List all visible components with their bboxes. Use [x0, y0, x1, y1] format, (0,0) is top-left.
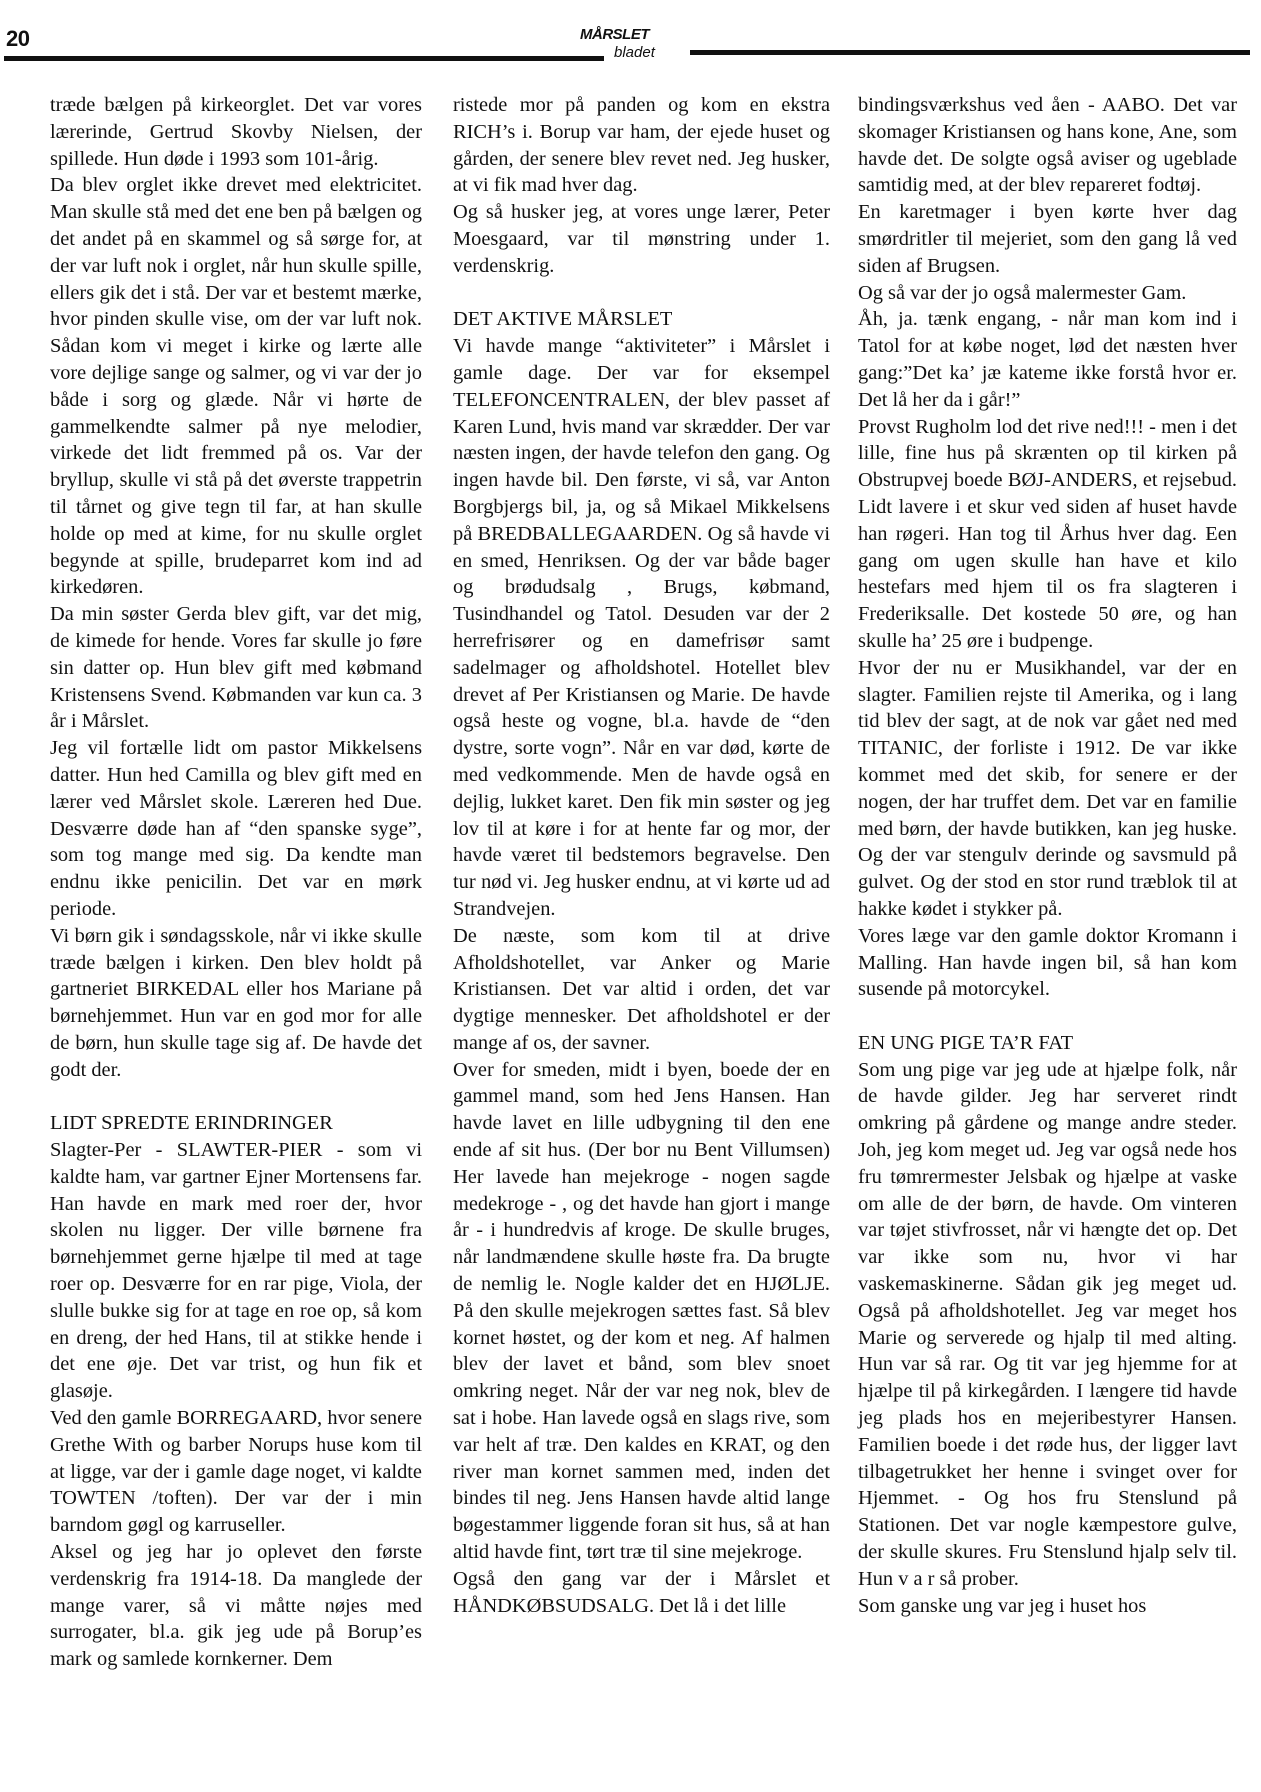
- page-number: 20: [6, 26, 29, 52]
- section-heading: DET AKTIVE MÅRSLET: [453, 306, 830, 333]
- paragraph: Åh, ja. tænk engang, - når man kom ind i…: [858, 306, 1237, 413]
- paragraph: De næste, som kom til at drive Afholdsho…: [453, 923, 830, 1057]
- paragraph: Da blev orglet ikke drevet med elektrici…: [50, 172, 422, 601]
- masthead-logo: MÅRSLET bladet: [580, 26, 690, 66]
- paragraph: Jeg vil fortælle lidt om pastor Mikkelse…: [50, 735, 422, 923]
- paragraph: En karetmager i byen kørte hver dag smør…: [858, 199, 1237, 279]
- page-header: 20 MÅRSLET bladet: [0, 0, 1261, 70]
- paragraph: ristede mor på panden og kom en ekstra R…: [453, 92, 830, 199]
- paragraph: Vi havde mange “aktiviteter” i Mårslet i…: [453, 333, 830, 923]
- newspaper-page: 20 MÅRSLET bladet træde bælgen på kirkeo…: [0, 0, 1261, 1792]
- paragraph: Og så husker jeg, at vores unge lærer, P…: [453, 199, 830, 279]
- paragraph: Hvor der nu er Musikhandel, var der en s…: [858, 655, 1237, 923]
- header-rule-left: [4, 56, 604, 61]
- section-heading: EN UNG PIGE TA’R FAT: [858, 1030, 1237, 1057]
- paragraph: Vi børn gik i søndagsskole, når vi ikke …: [50, 923, 422, 1084]
- paragraph: Ved den gamle BORREGAARD, hvor senere Gr…: [50, 1405, 422, 1539]
- paragraph: Aksel og jeg har jo oplevet den første v…: [50, 1539, 422, 1673]
- paragraph: Som ganske ung var jeg i huset hos: [858, 1593, 1237, 1620]
- masthead-subtitle: bladet: [614, 44, 655, 61]
- paragraph: træde bælgen på kirkeorglet. Det var vor…: [50, 92, 422, 172]
- paragraph: Slagter-Per - SLAWTER-PIER - som vi kald…: [50, 1137, 422, 1405]
- paragraph: Over for smeden, midt i byen, boede der …: [453, 1057, 830, 1566]
- paragraph: bindingsværkshus ved åen - AABO. Det var…: [858, 92, 1237, 199]
- section-heading: LIDT SPREDTE ERINDRINGER: [50, 1110, 422, 1137]
- paragraph: Provst Rugholm lod det rive ned!!! - men…: [858, 414, 1237, 655]
- paragraph: Da min søster Gerda blev gift, var det m…: [50, 601, 422, 735]
- paragraph: Som ung pige var jeg ude at hjælpe folk,…: [858, 1057, 1237, 1593]
- column-1: træde bælgen på kirkeorglet. Det var vor…: [50, 92, 422, 1673]
- column-3: bindingsværkshus ved åen - AABO. Det var…: [858, 92, 1237, 1619]
- column-2: ristede mor på panden og kom en ekstra R…: [453, 92, 830, 1619]
- paragraph: Vores læge var den gamle doktor Kromann …: [858, 923, 1237, 1003]
- masthead-title: MÅRSLET: [580, 26, 649, 43]
- paragraph: Også den gang var der i Mårslet et HÅNDK…: [453, 1566, 830, 1620]
- header-rule-right: [690, 50, 1250, 55]
- paragraph: Og så var der jo også malermester Gam.: [858, 280, 1237, 307]
